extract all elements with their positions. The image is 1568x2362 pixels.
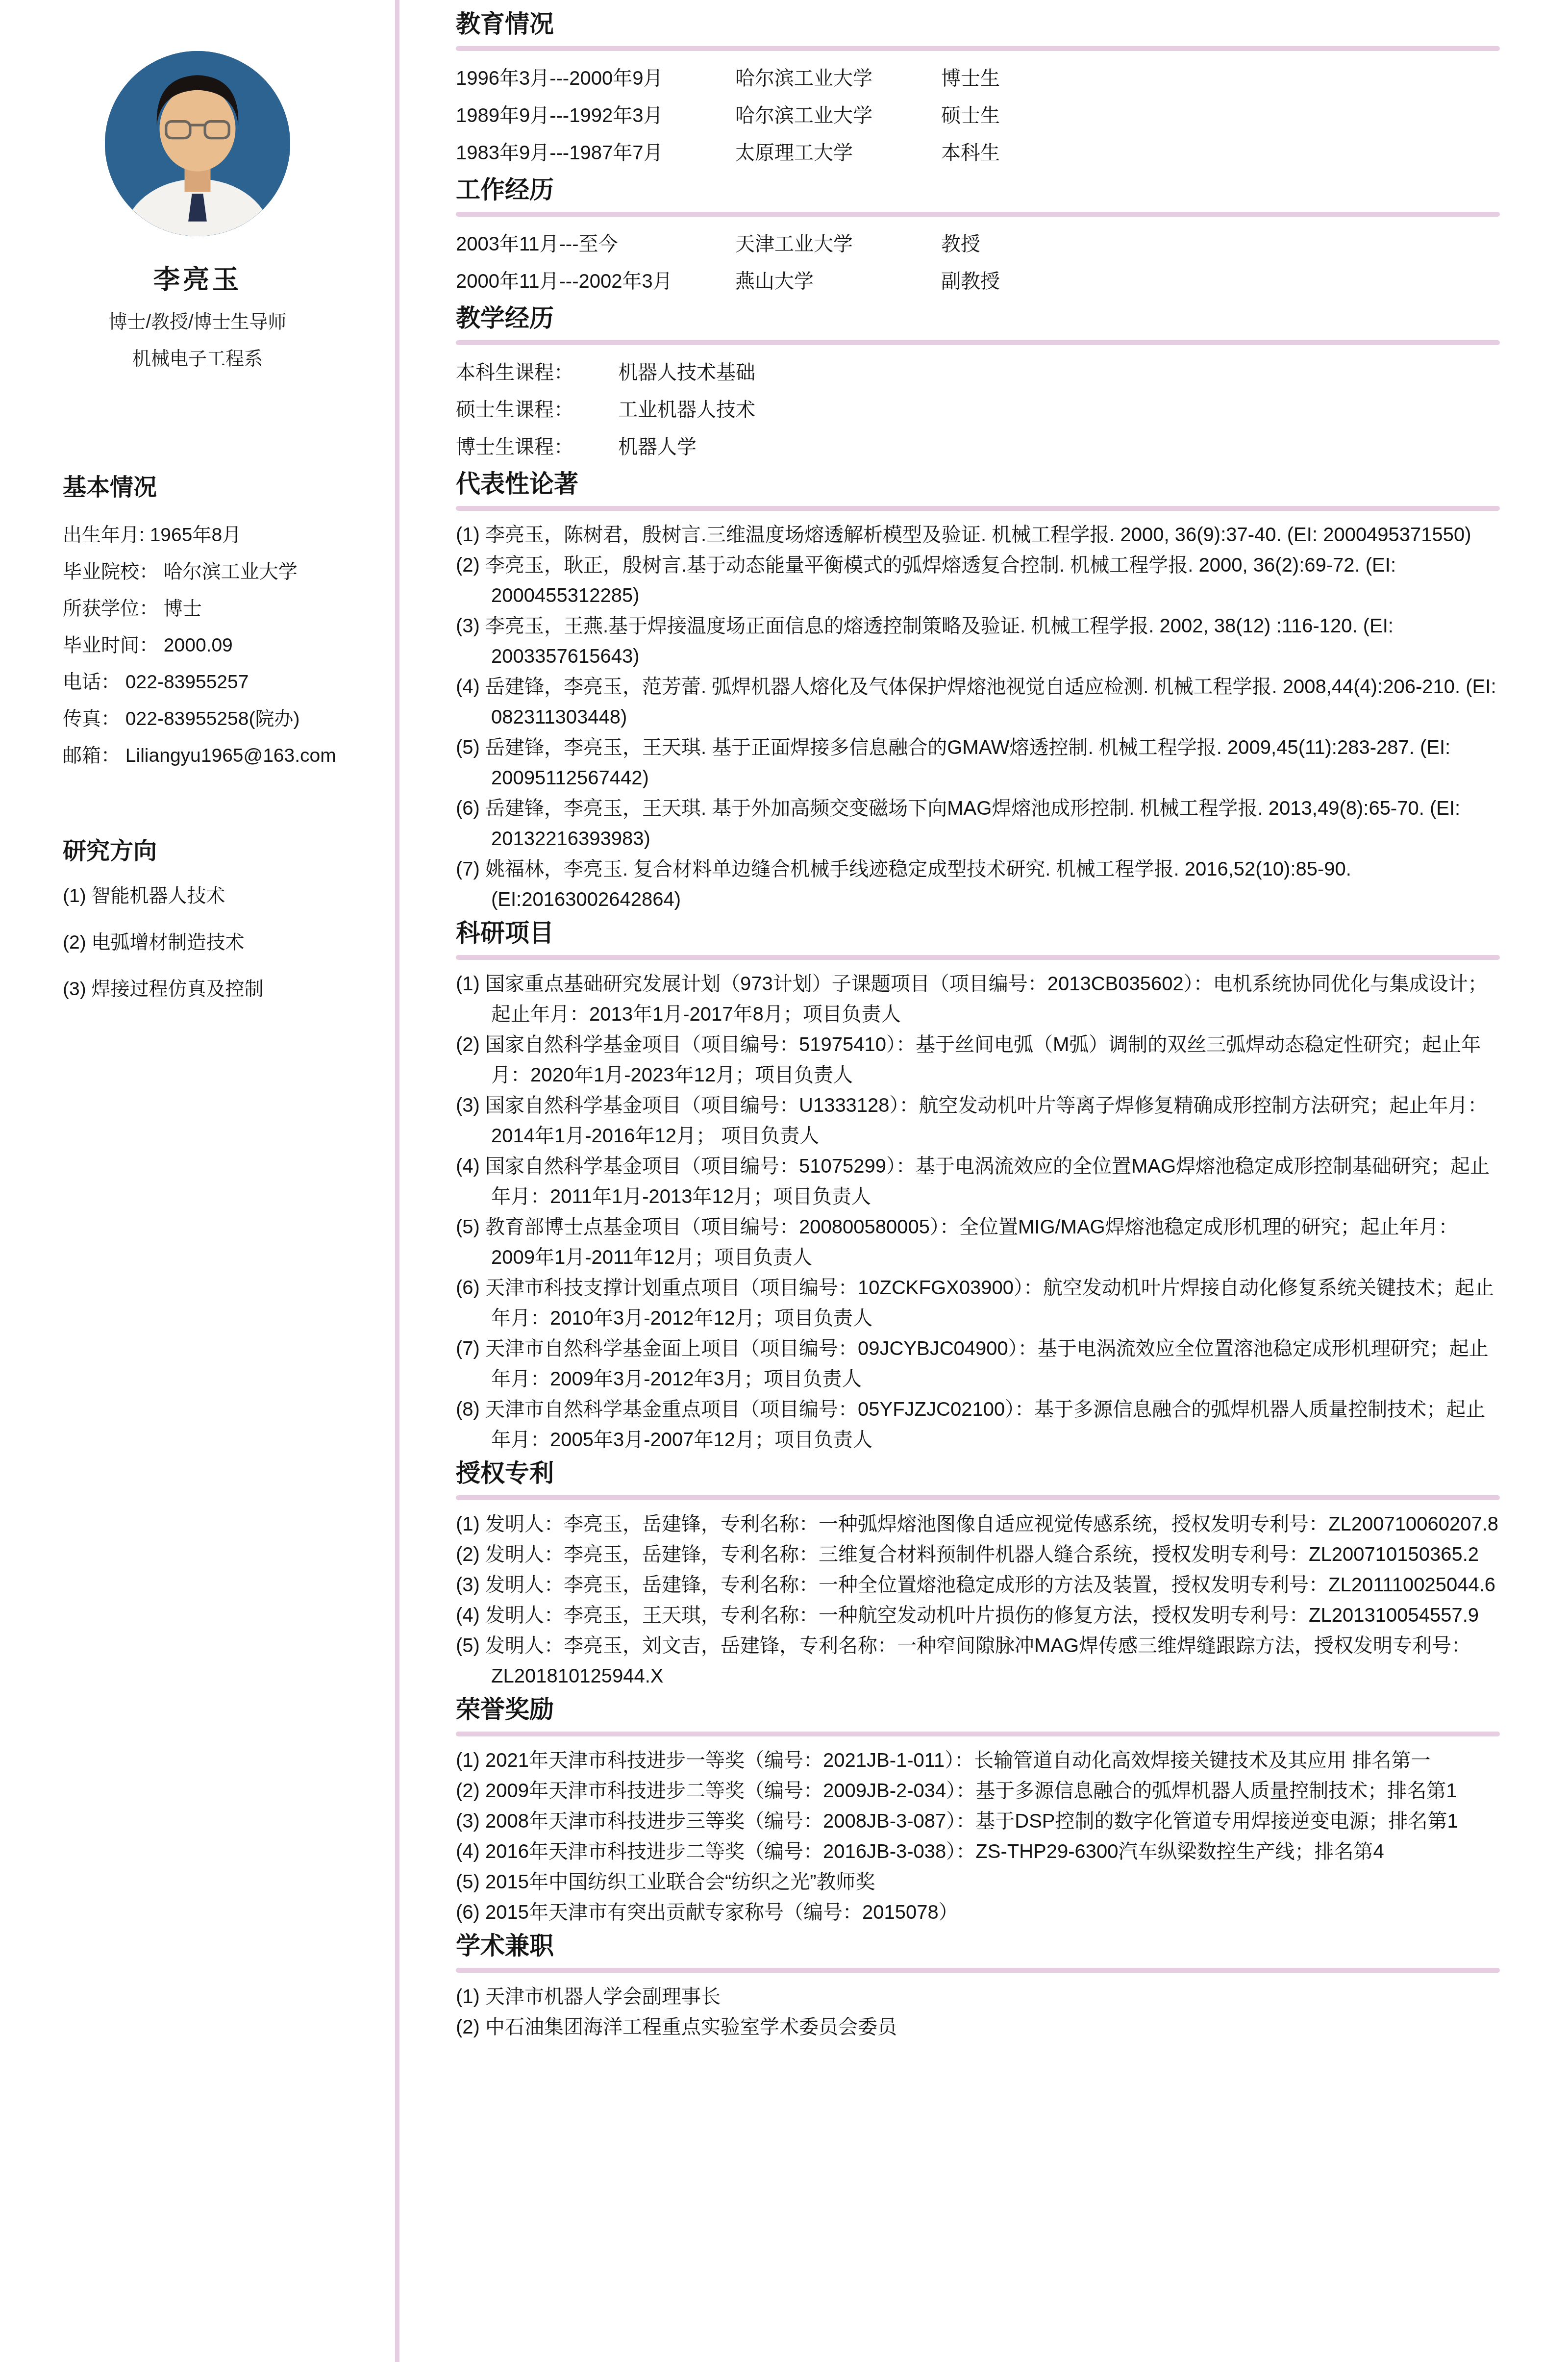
publication-item: (7) 姚福林，李亮玉. 复合材料单边缝合机械手线迹稳定成型技术研究. 机械工程… [456,854,1500,915]
project-item: (1) 国家重点基础研究发展计划（973计划）子课题项目（项目编号：2013CB… [456,969,1500,1030]
heading-underline [456,46,1500,51]
section-heading: 学术兼职 [456,1933,1500,1959]
patent-item: (5) 发明人：李亮玉，刘文吉，岳建锋，专利名称：一种窄间隙脉冲MAG焊传感三维… [456,1631,1500,1691]
heading-underline [456,1968,1500,1973]
edu-period: 1983年9月---1987年7月 [456,134,735,172]
section-heading: 授权专利 [456,1460,1500,1486]
position-item: (2) 中石油集团海洋工程重点实验室学术委员会委员 [456,2012,1500,2042]
teaching-row: 本科生课程： 机器人技术基础 [456,354,1500,391]
project-item: (7) 天津市自然科学基金面上项目（项目编号：09JCYBJC04900）：基于… [456,1333,1500,1394]
honor-item: (2) 2009年天津市科技进步二等奖（编号：2009JB-2-034）：基于多… [456,1776,1500,1806]
work-employer: 天津工业大学 [735,226,941,263]
research-item: (2) 电弧增材制造技术 [63,929,395,956]
section-heading: 教学经历 [456,305,1500,331]
phone-line: 电话： 022-83955257 [63,664,395,701]
edu-degree: 博士生 [941,60,1500,97]
project-item: (5) 教育部博士点基金项目（项目编号：200800580005）：全位置MIG… [456,1212,1500,1273]
section-work: 工作经历 2003年11月---至今 天津工业大学 教授 2000年11月---… [456,176,1500,300]
email-line[interactable]: 邮箱： Liliangyu1965@163.com [63,737,395,774]
degree-line: 所获学位： 博士 [63,590,395,627]
publication-item: (2) 李亮玉，耿正，殷树言.基于动态能量平衡模式的弧焊熔透复合控制. 机械工程… [456,550,1500,611]
heading-underline [456,212,1500,217]
projects-list: (1) 国家重点基础研究发展计划（973计划）子课题项目（项目编号：2013CB… [456,969,1500,1455]
publications-list: (1) 李亮玉，陈树君，殷树言.三维温度场熔透解析模型及验证. 机械工程学报. … [456,520,1500,915]
heading-underline [456,1732,1500,1736]
work-title: 副教授 [941,263,1500,300]
section-honors: 荣誉奖励 (1) 2021年天津市科技进步一等奖（编号：2021JB-1-011… [456,1696,1500,1928]
heading-underline [456,506,1500,511]
section-patents: 授权专利 (1) 发明人：李亮玉，岳建锋，专利名称：一种弧焊熔池图像自适应视觉传… [456,1460,1500,1691]
edu-school: 哈尔滨工业大学 [735,97,941,134]
person-department: 机械电子工程系 [0,343,395,370]
heading-underline [456,955,1500,960]
education-row: 1996年3月---2000年9月 哈尔滨工业大学 博士生 [456,60,1500,97]
heading-underline [456,1495,1500,1500]
heading-underline [456,340,1500,345]
honor-item: (6) 2015年天津市有突出贡献专家称号（编号：2015078） [456,1897,1500,1928]
main-content: 教育情况 1996年3月---2000年9月 哈尔滨工业大学 博士生 1989年… [456,11,1500,2042]
research-heading: 研究方向 [63,832,395,866]
honor-item: (4) 2016年天津市科技进步二等奖（编号：2016JB-3-038）：ZS-… [456,1836,1500,1867]
project-item: (6) 天津市科技支撑计划重点项目（项目编号：10ZCKFGX03900）：航空… [456,1273,1500,1333]
course-level: 博士生课程： [456,428,613,466]
section-academic-positions: 学术兼职 (1) 天津市机器人学会副理事长 (2) 中石油集团海洋工程重点实验室… [456,1933,1500,2042]
education-row: 1983年9月---1987年7月 太原理工大学 本科生 [456,134,1500,172]
research-list: (1) 智能机器人技术 (2) 电弧增材制造技术 (3) 焊接过程仿真及控制 [63,882,395,1003]
section-heading: 代表性论著 [456,471,1500,497]
honors-list: (1) 2021年天津市科技进步一等奖（编号：2021JB-1-011）：长输管… [456,1745,1500,1928]
positions-list: (1) 天津市机器人学会副理事长 (2) 中石油集团海洋工程重点实验室学术委员会… [456,1982,1500,2042]
section-heading: 荣誉奖励 [456,1696,1500,1723]
course-name: 机器人学 [618,436,697,458]
patent-item: (2) 发明人：李亮玉，岳建锋，专利名称：三维复合材料预制件机器人缝合系统，授权… [456,1539,1500,1570]
publication-item: (6) 岳建锋，李亮玉，王天琪. 基于外加高频交变磁场下向MAG焊熔池成形控制.… [456,793,1500,854]
research-item: (3) 焊接过程仿真及控制 [63,976,395,1003]
section-heading: 科研项目 [456,920,1500,946]
project-item: (2) 国家自然科学基金项目（项目编号：51975410）：基于丝间电弧（M弧）… [456,1030,1500,1090]
work-period: 2000年11月---2002年3月 [456,263,735,300]
position-item: (1) 天津市机器人学会副理事长 [456,1982,1500,2012]
work-period: 2003年11月---至今 [456,226,735,263]
edu-school: 哈尔滨工业大学 [735,60,941,97]
gradyear-line: 毕业时间： 2000.09 [63,627,395,664]
work-row: 2003年11月---至今 天津工业大学 教授 [456,226,1500,263]
edu-school: 太原理工大学 [735,134,941,172]
birth-line: 出生年月: 1965年8月 [63,517,395,553]
patents-list: (1) 发明人：李亮玉，岳建锋，专利名称：一种弧焊熔池图像自适应视觉传感系统，授… [456,1509,1500,1691]
course-name: 机器人技术基础 [618,362,755,383]
edu-period: 1989年9月---1992年3月 [456,97,735,134]
section-heading: 教育情况 [456,11,1500,37]
project-item: (4) 国家自然科学基金项目（项目编号：51075299）：基于电涡流效应的全位… [456,1151,1500,1212]
course-level: 硕士生课程： [456,391,613,428]
project-item: (8) 天津市自然科学基金重点项目（项目编号：05YFJZJC02100）：基于… [456,1394,1500,1455]
honor-item: (1) 2021年天津市科技进步一等奖（编号：2021JB-1-011）：长输管… [456,1745,1500,1776]
profile-photo [105,51,290,236]
section-teaching: 教学经历 本科生课程： 机器人技术基础 硕士生课程： 工业机器人技术 博士生课程… [456,305,1500,466]
project-item: (3) 国家自然科学基金项目（项目编号：U1333128）：航空发动机叶片等离子… [456,1090,1500,1151]
publication-item: (3) 李亮玉，王燕.基于焊接温度场正面信息的熔透控制策略及验证. 机械工程学报… [456,611,1500,672]
vertical-divider [395,0,399,2362]
research-item: (1) 智能机器人技术 [63,882,395,909]
person-titles: 博士/教授/博士生导师 [0,306,395,333]
education-row: 1989年9月---1992年3月 哈尔滨工业大学 硕士生 [456,97,1500,134]
patent-item: (1) 发明人：李亮玉，岳建锋，专利名称：一种弧焊熔池图像自适应视觉传感系统，授… [456,1509,1500,1539]
work-title: 教授 [941,226,1500,263]
course-level: 本科生课程： [456,354,613,391]
patent-item: (3) 发明人：李亮玉，岳建锋，专利名称：一种全位置熔池稳定成形的方法及装置，授… [456,1570,1500,1600]
fax-line: 传真： 022-83955258(院办) [63,701,395,737]
person-avatar-icon [105,51,290,236]
edu-degree: 硕士生 [941,97,1500,134]
section-education: 教育情况 1996年3月---2000年9月 哈尔滨工业大学 博士生 1989年… [456,11,1500,172]
sidebar: 李亮玉 博士/教授/博士生导师 机械电子工程系 基本情况 出生年月: 1965年… [0,0,395,1022]
section-heading: 工作经历 [456,176,1500,203]
work-row: 2000年11月---2002年3月 燕山大学 副教授 [456,263,1500,300]
teaching-row: 硕士生课程： 工业机器人技术 [456,391,1500,428]
publication-item: (4) 岳建锋，李亮玉，范芳蕾. 弧焊机器人熔化及气体保护焊熔池视觉自适应检测.… [456,672,1500,732]
patent-item: (4) 发明人：李亮玉，王天琪，专利名称：一种航空发动机叶片损伤的修复方法，授权… [456,1600,1500,1631]
section-publications: 代表性论著 (1) 李亮玉，陈树君，殷树言.三维温度场熔透解析模型及验证. 机械… [456,471,1500,915]
work-employer: 燕山大学 [735,263,941,300]
edu-period: 1996年3月---2000年9月 [456,60,735,97]
course-name: 工业机器人技术 [618,399,755,421]
edu-degree: 本科生 [941,134,1500,172]
honor-item: (3) 2008年天津市科技进步三等奖（编号：2008JB-3-087）：基于D… [456,1806,1500,1836]
teaching-row: 博士生课程： 机器人学 [456,428,1500,466]
basic-info-heading: 基本情况 [63,468,395,502]
person-name: 李亮玉 [0,259,395,297]
section-projects: 科研项目 (1) 国家重点基础研究发展计划（973计划）子课题项目（项目编号：2… [456,920,1500,1455]
basic-info-list: 出生年月: 1965年8月 毕业院校： 哈尔滨工业大学 所获学位： 博士 毕业时… [63,517,395,774]
publication-item: (5) 岳建锋，李亮玉，王天琪. 基于正面焊接多信息融合的GMAW熔透控制. 机… [456,732,1500,793]
almamater-line: 毕业院校： 哈尔滨工业大学 [63,553,395,590]
publication-item: (1) 李亮玉，陈树君，殷树言.三维温度场熔透解析模型及验证. 机械工程学报. … [456,520,1500,550]
honor-item: (5) 2015年中国纺织工业联合会“纺织之光”教师奖 [456,1867,1500,1897]
